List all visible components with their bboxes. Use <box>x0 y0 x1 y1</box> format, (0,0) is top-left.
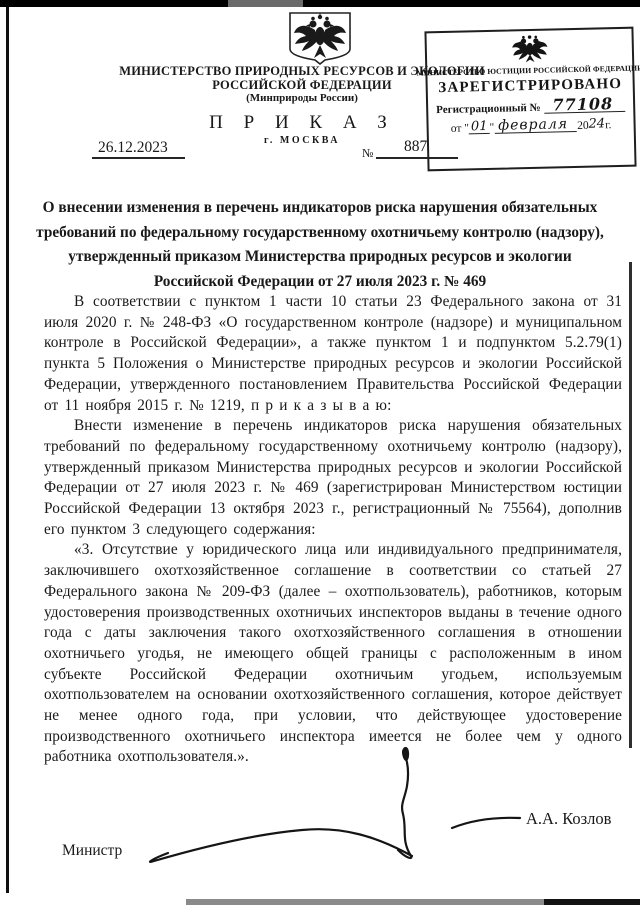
number-sign: № <box>362 146 373 161</box>
document-title: О внесении изменения в перечень индикато… <box>34 196 606 294</box>
stamp-date-year-printed: 20 <box>577 120 589 132</box>
stamp-date-month: февраля <box>494 118 576 134</box>
scan-edge-bottom <box>186 899 640 905</box>
stamp-date-suffix: г. <box>605 119 612 131</box>
paragraph-preamble: В соответствии с пунктом 1 части 10 стат… <box>44 292 622 416</box>
stamp-registration-label: Регистрационный № <box>436 102 541 116</box>
paragraph-amendment: «3. Отсутствие у юридического лица или и… <box>44 540 622 768</box>
stamp-date-line: от "01"февраля2024г. <box>451 116 612 135</box>
stamp-date-year-written: 24 <box>588 116 605 131</box>
stamp-registration-line: Регистрационный № 77108 <box>436 96 625 116</box>
registration-stamp: МИНИСТЕРСТВО ЮСТИЦИИ РОССИЙСКОЙ ФЕДЕРАЦИ… <box>424 27 636 172</box>
stamp-registration-number: 77108 <box>544 96 625 114</box>
document-number: 887 <box>404 138 427 156</box>
justice-eagle-icon <box>509 34 550 65</box>
signature-ink <box>0 738 640 883</box>
date-underline <box>92 157 185 159</box>
document-page: МИНИСТЕРСТВО ПРИРОДНЫХ РЕСУРСОВ И ЭКОЛОГ… <box>0 0 640 905</box>
stamp-date-day: 01 <box>469 121 490 134</box>
document-body: В соответствии с пунктом 1 части 10 стат… <box>44 292 622 768</box>
scan-edge-right <box>629 262 632 748</box>
stamp-date-prefix: от " <box>451 122 469 134</box>
coat-of-arms-icon <box>287 11 353 70</box>
scan-edge-top <box>0 0 640 7</box>
document-date: 26.12.2023 <box>98 139 168 157</box>
paragraph-order: Внести изменение в перечень индикаторов … <box>44 416 622 540</box>
